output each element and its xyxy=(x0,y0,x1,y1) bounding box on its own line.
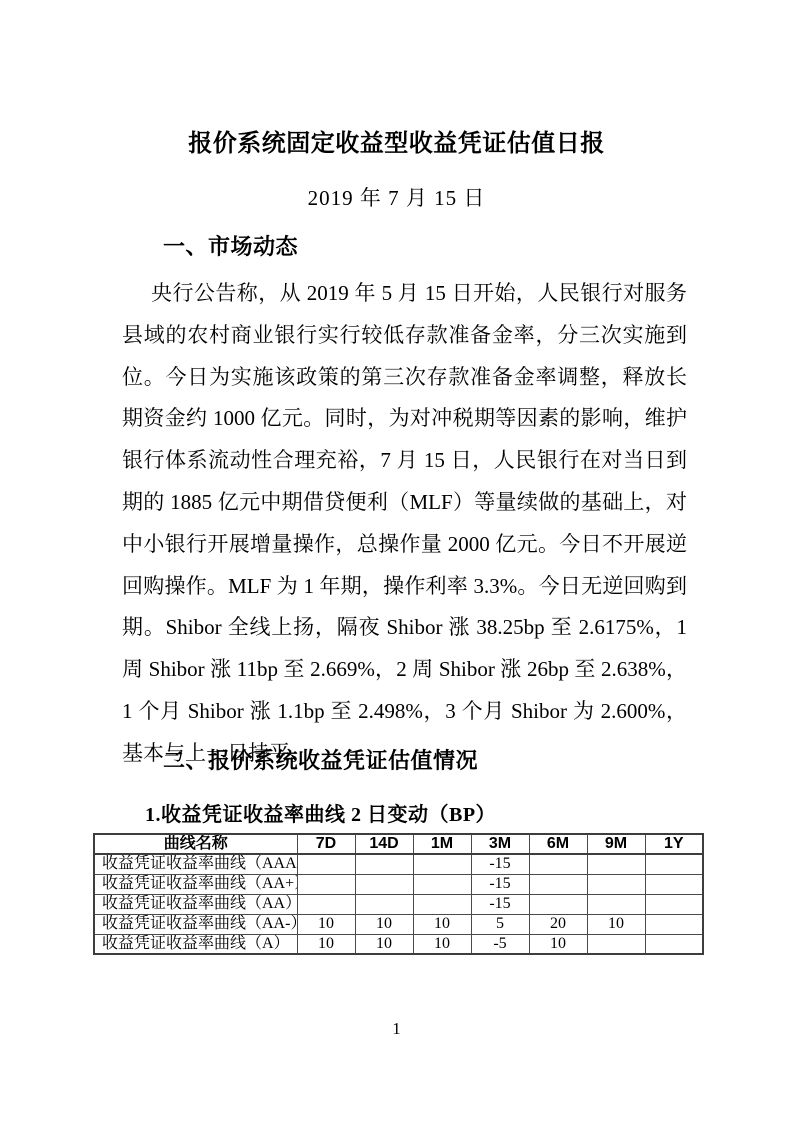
curve-value-cell: -15 xyxy=(471,854,529,874)
table-row: 收益凭证收益率曲线（A）101010-510 xyxy=(94,934,703,954)
table-header: 曲线名称7D14D1M3M6M9M1Y xyxy=(94,834,703,854)
curve-value-cell: 10 xyxy=(297,914,355,934)
curve-value-cell: -15 xyxy=(471,874,529,894)
yield-curve-table: 曲线名称7D14D1M3M6M9M1Y 收益凭证收益率曲线（AAA）-15收益凭… xyxy=(93,833,704,955)
curve-value-cell: 10 xyxy=(413,934,471,954)
curve-value-cell xyxy=(529,894,587,914)
curve-value-cell xyxy=(355,894,413,914)
section-heading-valuation-status: 二、报价系统收益凭证估值情况 xyxy=(163,744,478,775)
curve-value-cell xyxy=(645,934,703,954)
market-dynamics-paragraph: 央行公告称，从 2019 年 5 月 15 日开始，人民银行对服务县域的农村商业… xyxy=(122,273,687,775)
curve-name-cell: 收益凭证收益率曲线（AA） xyxy=(94,894,297,914)
curve-value-cell: 10 xyxy=(355,934,413,954)
document-date: 2019 年 7 月 15 日 xyxy=(0,182,793,212)
curve-value-cell: 10 xyxy=(529,934,587,954)
curve-value-cell xyxy=(355,854,413,874)
table-row: 收益凭证收益率曲线（AAA）-15 xyxy=(94,854,703,874)
yield-curve-table-heading: 1.收益凭证收益率曲线 2 日变动（BP） xyxy=(145,798,496,827)
column-header-9m: 9M xyxy=(587,834,645,854)
curve-value-cell xyxy=(297,854,355,874)
table-header-row: 曲线名称7D14D1M3M6M9M1Y xyxy=(94,834,703,854)
curve-value-cell xyxy=(645,854,703,874)
column-header-3m: 3M xyxy=(471,834,529,854)
table-row: 收益凭证收益率曲线（AA）-15 xyxy=(94,894,703,914)
curve-value-cell xyxy=(297,894,355,914)
curve-value-cell: 20 xyxy=(529,914,587,934)
curve-name-cell: 收益凭证收益率曲线（AA-） xyxy=(94,914,297,934)
curve-value-cell xyxy=(355,874,413,894)
column-header-curve-name: 曲线名称 xyxy=(94,834,297,854)
column-header-14d: 14D xyxy=(355,834,413,854)
curve-value-cell xyxy=(529,854,587,874)
curve-value-cell xyxy=(587,934,645,954)
column-header-7d: 7D xyxy=(297,834,355,854)
table-row: 收益凭证收益率曲线（AA+）-15 xyxy=(94,874,703,894)
table-row: 收益凭证收益率曲线（AA-）10101052010 xyxy=(94,914,703,934)
curve-value-cell xyxy=(297,874,355,894)
curve-value-cell: 10 xyxy=(297,934,355,954)
curve-value-cell: 10 xyxy=(413,914,471,934)
curve-value-cell: -15 xyxy=(471,894,529,914)
page-number: 1 xyxy=(0,1019,793,1039)
curve-value-cell: -5 xyxy=(471,934,529,954)
curve-name-cell: 收益凭证收益率曲线（AAA） xyxy=(94,854,297,874)
document-title: 报价系统固定收益型收益凭证估值日报 xyxy=(0,123,793,158)
curve-value-cell xyxy=(413,854,471,874)
table-body: 收益凭证收益率曲线（AAA）-15收益凭证收益率曲线（AA+）-15收益凭证收益… xyxy=(94,854,703,954)
curve-value-cell xyxy=(645,874,703,894)
section-heading-market-dynamics: 一、市场动态 xyxy=(163,230,298,261)
column-header-1m: 1M xyxy=(413,834,471,854)
curve-value-cell xyxy=(645,894,703,914)
curve-value-cell xyxy=(645,914,703,934)
curve-name-cell: 收益凭证收益率曲线（A） xyxy=(94,934,297,954)
curve-name-cell: 收益凭证收益率曲线（AA+） xyxy=(94,874,297,894)
curve-value-cell xyxy=(587,854,645,874)
curve-value-cell: 10 xyxy=(587,914,645,934)
column-header-6m: 6M xyxy=(529,834,587,854)
curve-value-cell xyxy=(529,874,587,894)
curve-value-cell: 10 xyxy=(355,914,413,934)
curve-value-cell xyxy=(587,894,645,914)
curve-value-cell xyxy=(587,874,645,894)
column-header-1y: 1Y xyxy=(645,834,703,854)
curve-value-cell: 5 xyxy=(471,914,529,934)
curve-value-cell xyxy=(413,874,471,894)
document-page: 报价系统固定收益型收益凭证估值日报 2019 年 7 月 15 日 一、市场动态… xyxy=(0,0,793,1122)
curve-value-cell xyxy=(413,894,471,914)
